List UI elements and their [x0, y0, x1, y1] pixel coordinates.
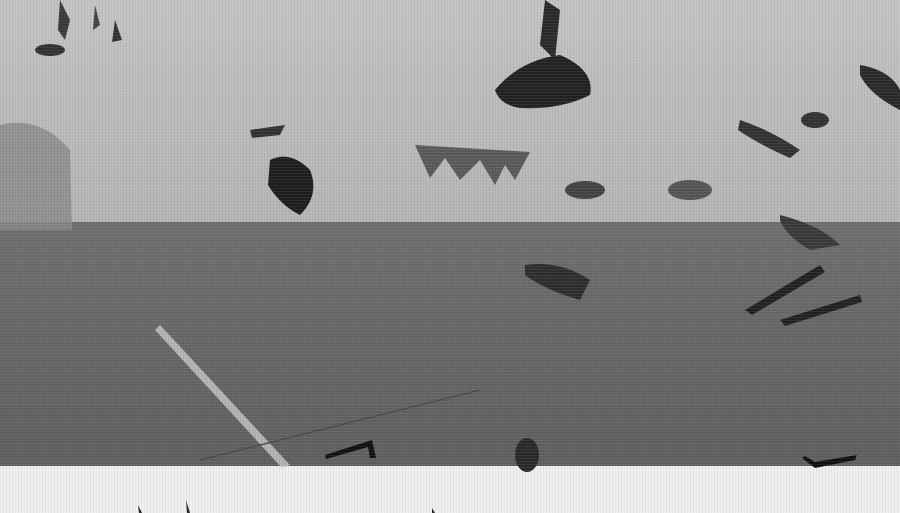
radiograph-image: Grayscale X-ray radiograph of a painted … [0, 0, 900, 513]
paint-marks [0, 0, 900, 513]
